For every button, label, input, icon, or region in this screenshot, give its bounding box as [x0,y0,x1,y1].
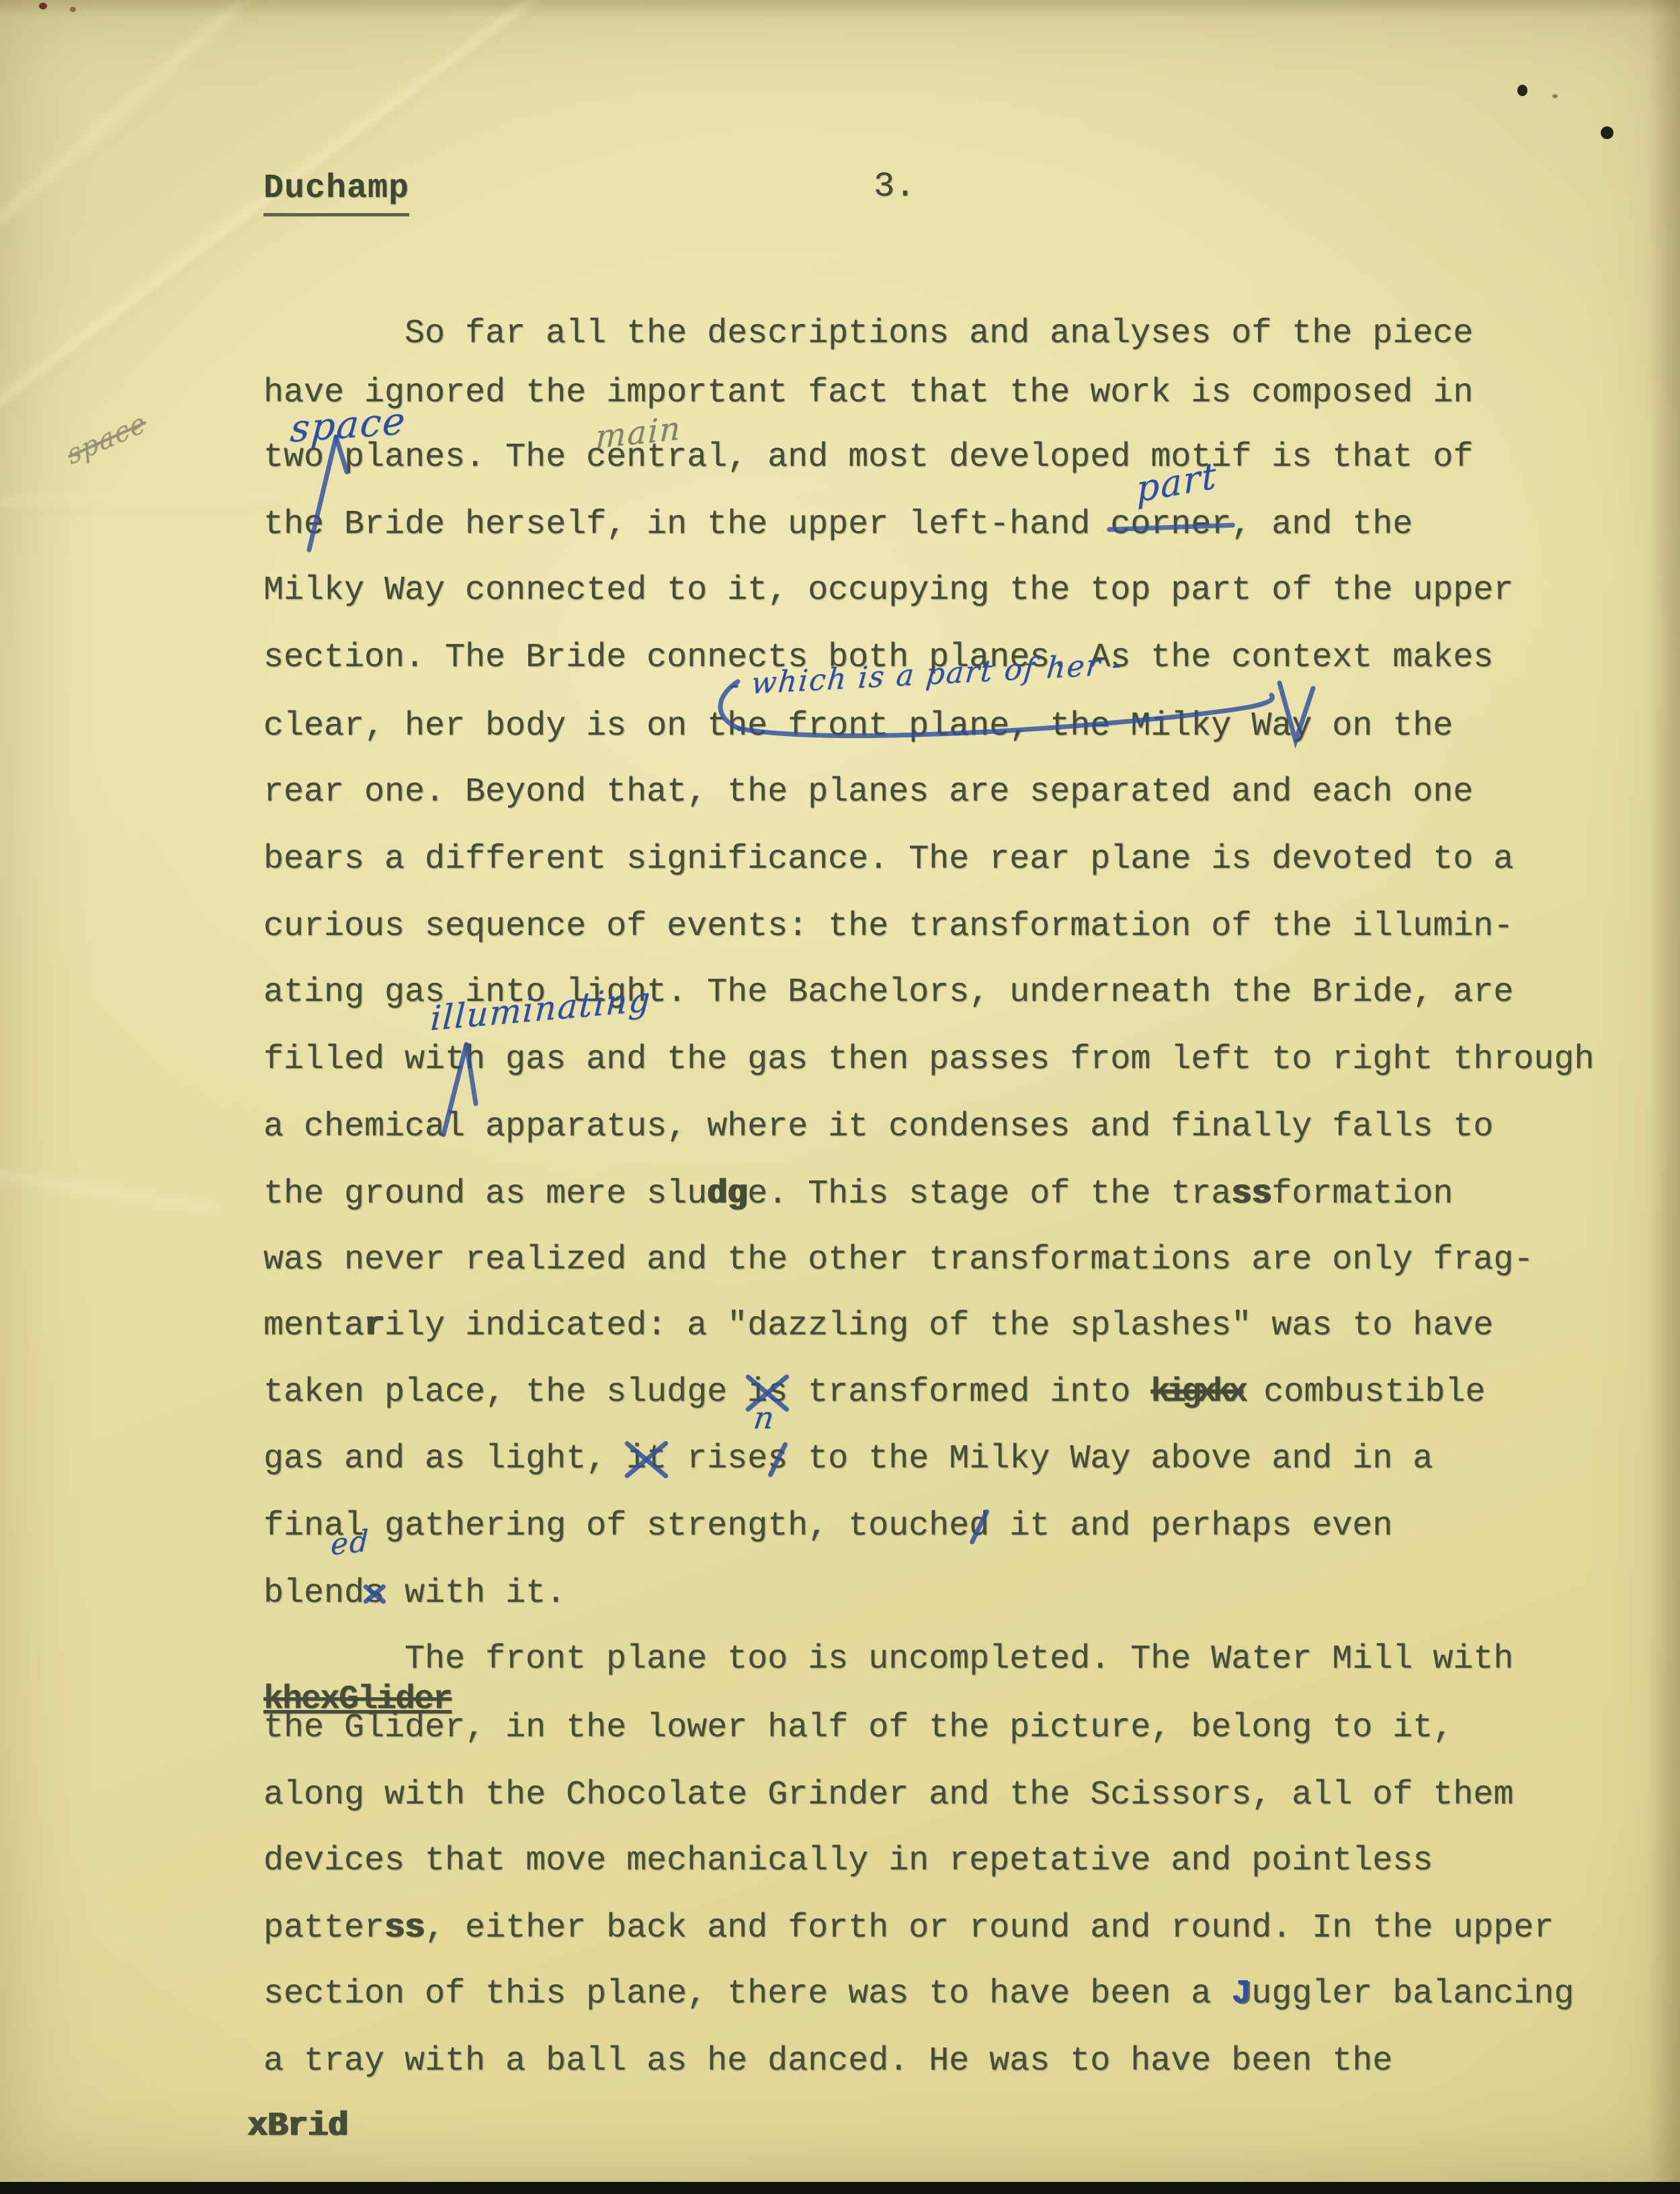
paper-crease [0,0,301,225]
typed-segment-t: the Bride herself, in the upper left-han… [263,505,1110,544]
typed-segment-over: dg [707,1175,747,1213]
typed-line: patterss, either back and forth or round… [263,1909,1554,1951]
paper-crease [0,1161,221,1215]
typed-segment-t: have ignored the important fact that the… [263,374,1473,412]
manuscript-page: Duchamp 3. So far all the descriptions a… [0,0,1680,2182]
typed-segment-t: Milky Way connected to it, occupying the… [263,571,1513,610]
typed-line: the Bride herself, in the upper left-han… [263,505,1413,547]
typed-segment-t: devices that move mechanically in repeta… [263,1842,1433,1880]
typed-segment-t: patter [263,1909,384,1947]
page-title: Duchamp [263,169,409,216]
typed-segment-t: menta [263,1307,364,1345]
typed-segment-t: blend [263,1574,364,1613]
handwritten-note: space [64,407,150,471]
typed-line: a tray with a ball as he danced. He was … [263,2042,1392,2084]
typed-segment-t: formation [1271,1175,1453,1213]
typed-segment-jblue: J [1231,1975,1251,2013]
typed-segment-t: two planes. The central, and most develo… [263,438,1473,477]
typed-segment-t: combustible [1243,1373,1485,1412]
typed-segment-t: The front plane too is uncompleted. The … [405,1640,1513,1678]
typed-line: So far all the descriptions and analyses… [263,315,1473,356]
typed-segment-t: rear one. Beyond that, the planes are se… [263,773,1473,811]
typed-segment-t: section of this plane, there was to have… [263,1975,1231,2013]
paper-blemish [70,7,76,12]
typed-segment-t: uggler balancing [1251,1975,1574,2013]
typed-line: two planes. The central, and most develo… [263,438,1473,480]
typed-line: curious sequence of events: the transfor… [263,907,1513,949]
typed-line: filled with gas and the gas then passes … [263,1041,1594,1082]
typed-segment-tstrike: kigxkx [1150,1373,1243,1412]
typed-segment-bstrike: corner [1110,505,1231,544]
paper-crease [0,499,282,510]
typed-segment-t: along with the Chocolate Grinder and the… [263,1776,1513,1814]
typed-line: clear, her body is on the front plane, t… [263,707,1453,749]
typed-segment-over: r [364,1307,384,1345]
screenshot-root: { "header": { "title": "Duchamp", "page_… [0,0,1680,2194]
page-number: 3. [874,167,915,206]
typed-segment-t: clear, her body is on the front plane, t… [263,707,1453,745]
typed-line: section of this plane, there was to have… [263,1975,1574,2017]
typed-segment-t: ily indicated: a "dazzling of the splash… [384,1307,1493,1345]
typed-segment-t: a tray with a ball as he danced. He was … [263,2042,1392,2080]
typed-line: the Glider, in the lower half of the pic… [263,1709,1453,1750]
ink-speck [1552,94,1558,98]
paper-blemish [39,3,47,9]
typed-segment-slash: s [767,1440,788,1478]
typed-line: was never realized and the other transfo… [263,1241,1534,1283]
typed-segment-t: , either back and forth or round and rou… [425,1909,1554,1947]
typed-line: devices that move mechanically in repeta… [263,1842,1433,1883]
paper-edge-shadow [0,0,1680,17]
typed-line: along with the Chocolate Grinder and the… [263,1776,1513,1818]
paper-edge-shadow [1649,0,1680,2182]
typed-segment-over: xBrid [247,2107,348,2146]
typed-segment-t: with it. [384,1574,566,1613]
typed-line: a chemical apparatus, where it condenses… [263,1108,1493,1149]
typed-segment-t: So far all the descriptions and analyses… [405,315,1473,353]
typed-segment-t: it and perhaps even [989,1507,1392,1545]
typed-segment-t: the Glider, in the lower half of the pic… [263,1709,1453,1747]
typed-line: blends with it. [263,1574,566,1616]
typed-segment-t: filled with gas and the gas then passes … [263,1041,1594,1079]
typed-segment-xblue: s [364,1574,384,1613]
typed-segment-t: , and the [1231,505,1413,544]
typed-line: bears a different significance. The rear… [263,840,1513,882]
typed-line: xBrid [247,2107,348,2149]
typed-line: rear one. Beyond that, the planes are se… [263,773,1473,815]
typed-segment-t: e. This stage of the tra [747,1175,1231,1213]
typed-line: The front plane too is uncompleted. The … [263,1640,1513,1682]
handwritten-note: n [751,1399,778,1436]
typed-line: taken place, the sludge is transformed i… [263,1373,1485,1415]
typed-segment-t: bears a different significance. The rear… [263,840,1513,879]
typed-line: final gathering of strength, touched it … [263,1507,1392,1549]
handwritten-note: ed [330,1524,370,1563]
typed-segment-t: rise [667,1440,767,1478]
typed-segment-over: ss [384,1909,425,1947]
ink-speck [1601,126,1613,139]
typed-segment-xblue: it [626,1440,667,1478]
typed-segment-t: to the Milky Way above and in a [788,1440,1433,1478]
typed-line: gas and as light, it rises to the Milky … [263,1440,1433,1481]
typed-segment-t: gas and as light, [263,1440,626,1478]
typed-segment-slash: d [969,1507,989,1545]
typed-segment-t: was never realized and the other transfo… [263,1241,1534,1279]
typed-line: have ignored the important fact that the… [263,374,1473,415]
typed-line: the ground as mere sludge. This stage of… [263,1175,1453,1217]
typed-segment-t: the ground as mere slu [263,1175,707,1213]
typed-line: mentarily indicated: a "dazzling of the … [263,1307,1493,1348]
typed-segment-over: ss [1231,1175,1271,1213]
typed-segment-t: transformed into [788,1373,1150,1412]
typed-line: Milky Way connected to it, occupying the… [263,571,1513,613]
typed-segment-t: a chemical apparatus, where it condenses… [263,1108,1493,1146]
typed-segment-t: curious sequence of events: the transfor… [263,907,1513,946]
handwritten-note: space [289,399,408,452]
typed-segment-t: taken place, the sludge [263,1373,747,1412]
ink-speck [1517,85,1527,96]
